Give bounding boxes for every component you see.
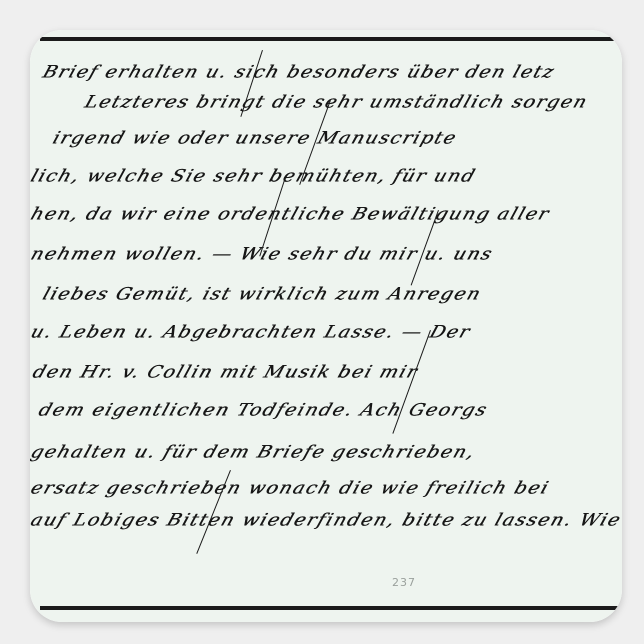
letter-line: hen, da wir eine ordentliche Bewältigung… <box>30 204 552 224</box>
sticker: Brief erhalten u. sich besonders über de… <box>30 30 622 622</box>
bottom-border-rule <box>40 606 622 610</box>
letter-line: liebes Gemüt, ist wirklich zum Anregen <box>40 284 484 304</box>
letter-line: lich, welche Sie sehr bemühten, für und <box>30 166 479 186</box>
letter-line: u. Leben u. Abgebrachten Lasse. — Der <box>30 322 473 342</box>
letter-line: Brief erhalten u. sich besonders über de… <box>40 62 558 82</box>
pencil-page-number: 237 <box>392 576 416 589</box>
letter-photo: Brief erhalten u. sich besonders über de… <box>30 30 622 622</box>
letter-line: den Hr. v. Collin mit Musik bei mir <box>30 362 421 382</box>
letter-line: irgend wie oder unsere Manuscripte <box>50 128 460 148</box>
letter-line: ersatz geschrieben wonach die wie freili… <box>30 478 552 498</box>
letter-line: dem eigentlichen Todfeinde. Ach Georgs <box>36 400 490 420</box>
letter-line: gehalten u. für dem Briefe geschrieben, <box>30 442 478 462</box>
letter-line: Letzteres bringt die sehr umständlich so… <box>82 92 591 112</box>
handwritten-text: Brief erhalten u. sich besonders über de… <box>30 30 622 622</box>
letter-line: auf Lobiges Bitten wiederfinden, bitte z… <box>30 510 622 530</box>
